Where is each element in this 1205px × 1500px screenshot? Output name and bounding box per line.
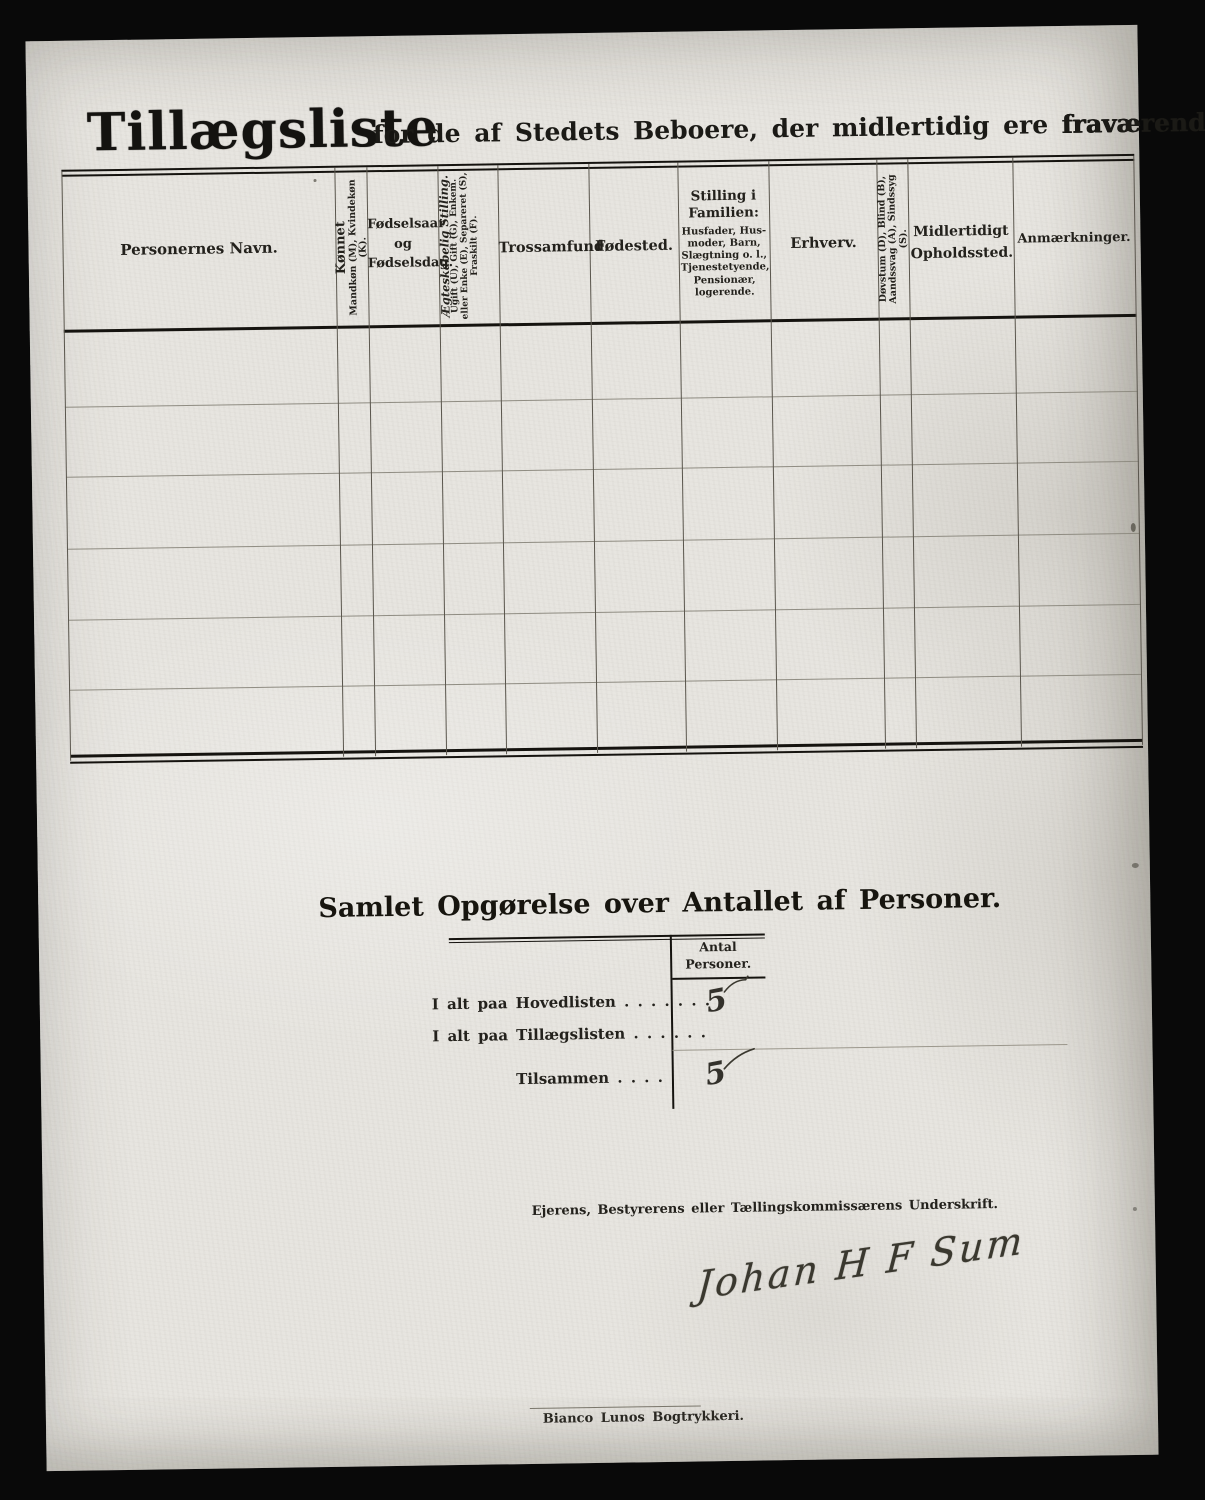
column-label: Fødested.: [595, 237, 673, 255]
summary-title: Samlet Opgørelse over Antallet af Person…: [318, 885, 888, 924]
form-title-emphasis: fraværende.: [1062, 107, 1205, 138]
column-header-koennet: Kønnet Mandkøn (M), Kvindekøn (K).: [333, 173, 367, 321]
scan-speck: [314, 179, 317, 182]
scan-speck: [1131, 523, 1136, 532]
table-gridline: [61, 172, 71, 761]
scan-speck: [1133, 1207, 1137, 1211]
table-header-rule: [64, 314, 1137, 333]
column-label: Personernes Navn.: [120, 239, 278, 259]
column-header-stilling-i-familien: Stilling i Familien: Husfader, Hus­moder…: [680, 187, 769, 299]
column-sublabel: Ugift (U), Gift (G), Enkem. eller Enke (…: [450, 172, 481, 320]
column-header-anmaerkninger: Anmærkninger.: [1013, 230, 1134, 247]
printer-rule: [530, 1405, 701, 1409]
form-title-subtitle: for de af Stedets Beboere, der midlertid…: [373, 107, 1205, 149]
column-header-trossamfund: Trossamfund.: [498, 238, 589, 256]
column-header-aegteskabelig-stilling: Ægteskabelig Stilling. Ugift (U), Gift (…: [437, 171, 499, 320]
handwritten-signature: Johan H F Sum: [696, 1218, 1027, 1308]
table-row-rule: [66, 461, 1139, 478]
column-header-foedselsaar: Fødselsaar og Fødselsdag.: [367, 214, 439, 274]
column-label: Midlertidigt Opholdssted.: [911, 223, 1014, 263]
scan-speck: [1132, 863, 1139, 868]
summary-row-hovedlisten-label: I alt paa Hovedlisten . . . . . . .: [432, 992, 662, 1013]
form-title-subtitle-text: for de af Stedets Beboere, der midlertid…: [373, 110, 1049, 149]
column-header-personernes-navn: Personernes Navn.: [62, 238, 335, 260]
table-row-rule: [69, 674, 1142, 691]
census-form-page: Tillægsliste for de af Stedets Beboere, …: [25, 25, 1158, 1471]
column-header-foedested: Fødested.: [589, 237, 678, 255]
table-row-rule: [65, 391, 1138, 408]
table-row-rule: [67, 533, 1140, 550]
supplement-persons-table: Personernes Navn. Kønnet Mandkøn (M), Kv…: [61, 154, 1143, 768]
summary-row-tilsammen-label: Tilsammen . . . .: [433, 1068, 663, 1089]
column-label: Erhverv.: [790, 234, 857, 252]
table-row-rule: [68, 604, 1141, 621]
column-label: Stilling i Familien:: [680, 187, 767, 222]
signature-label: Ejerens, Bestyrerens eller Tællingskommi…: [530, 1197, 1000, 1219]
summary-row-tillaegslisten-label: I alt paa Tillægslisten . . . . . .: [432, 1024, 662, 1045]
column-header-midlertidigt-opholdssted: Midlertidigt Opholdssted.: [910, 220, 1012, 266]
summary-count-column-header: Antal Personer.: [672, 938, 764, 973]
summary-row-hovedlisten-value: 5: [703, 977, 758, 1021]
summary-row-tilsammen-value: 5: [702, 1048, 766, 1093]
printer-imprint: Bianco Lunos Bogtrykkeri.: [526, 1409, 761, 1427]
column-header-erhverv: Erhverv.: [769, 234, 877, 253]
column-label: Døvstum (D), Blind (B), Aands­svag (A), …: [876, 174, 909, 303]
summary-count-header-line2: Personer.: [672, 955, 764, 973]
column-sublabel: Husfader, Hus­moder, Barn, Slægtning o. …: [680, 225, 768, 299]
column-header-doevstum: Døvstum (D), Blind (B), Aands­svag (A), …: [877, 165, 910, 313]
column-label: Anmærkninger.: [1017, 230, 1130, 247]
table-gridline: [1133, 156, 1143, 745]
summary-count-header-line1: Antal: [672, 938, 764, 956]
